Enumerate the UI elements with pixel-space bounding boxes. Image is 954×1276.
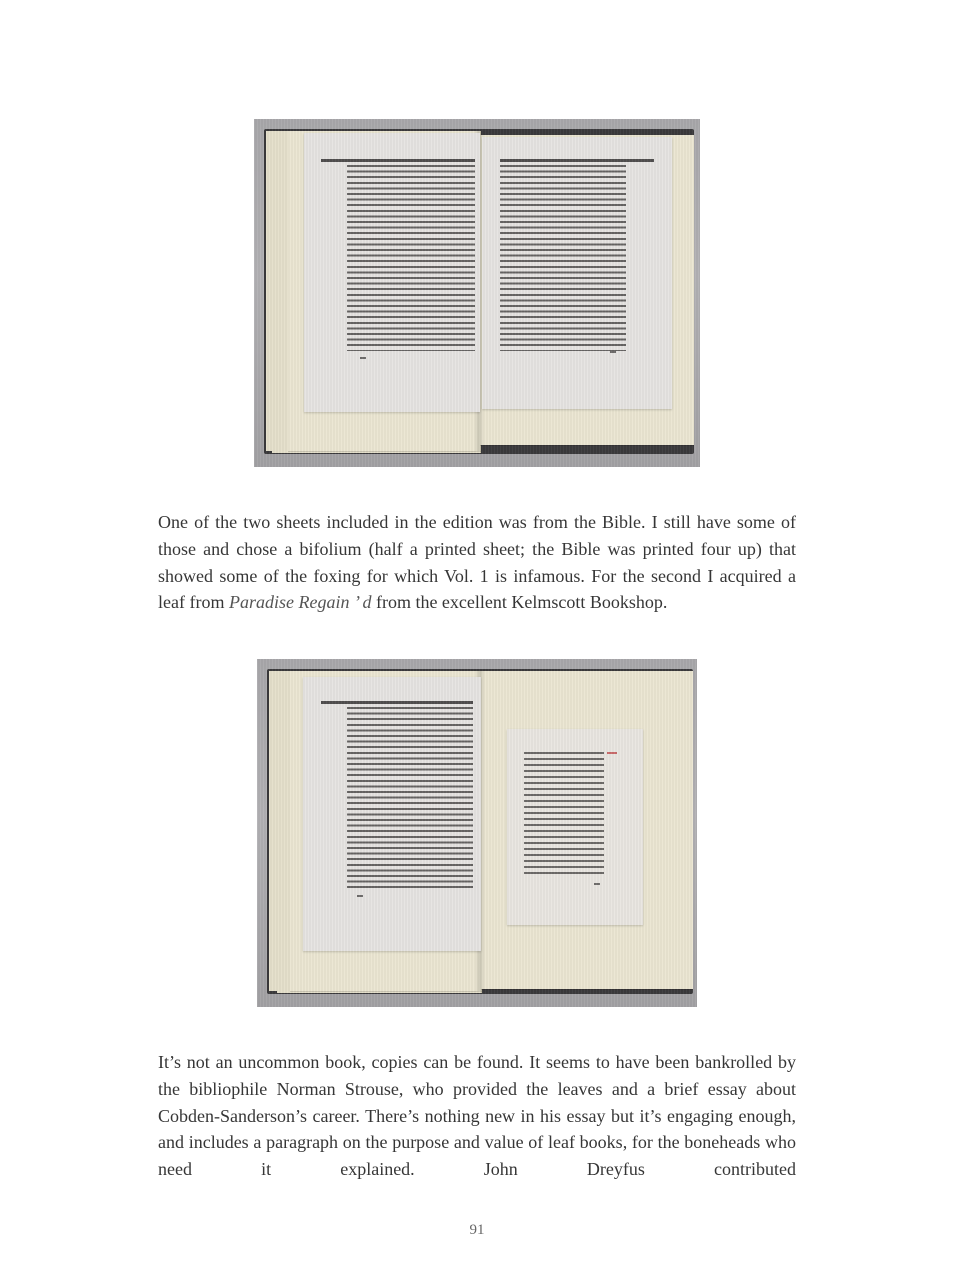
page-number: 91 [0, 1222, 954, 1239]
bible-text-left [347, 165, 475, 351]
body-paragraph-2: It’s not an uncommon book, copies can be… [158, 1049, 796, 1183]
figure-photo-paradise-regaind-leaf [257, 659, 697, 1007]
running-head-left [321, 701, 473, 704]
folio-left [357, 895, 363, 897]
book-title-italic: Paradise Regain ’ d [229, 592, 371, 612]
folio-left [360, 357, 366, 359]
bible-text-left [347, 707, 473, 889]
poem-text [524, 752, 604, 878]
paragraph-text: from the excellent Kelmscott Bookshop. [371, 592, 667, 612]
body-paragraph-1: One of the two sheets included in the ed… [158, 509, 796, 616]
folio-right [594, 883, 600, 885]
figure-photo-bible-bifolium [254, 119, 700, 467]
folio-right [610, 351, 616, 353]
running-head-left [321, 159, 475, 162]
rubric-marginal-note [607, 752, 617, 754]
running-head-right [500, 159, 654, 162]
bible-text-right [500, 165, 626, 351]
